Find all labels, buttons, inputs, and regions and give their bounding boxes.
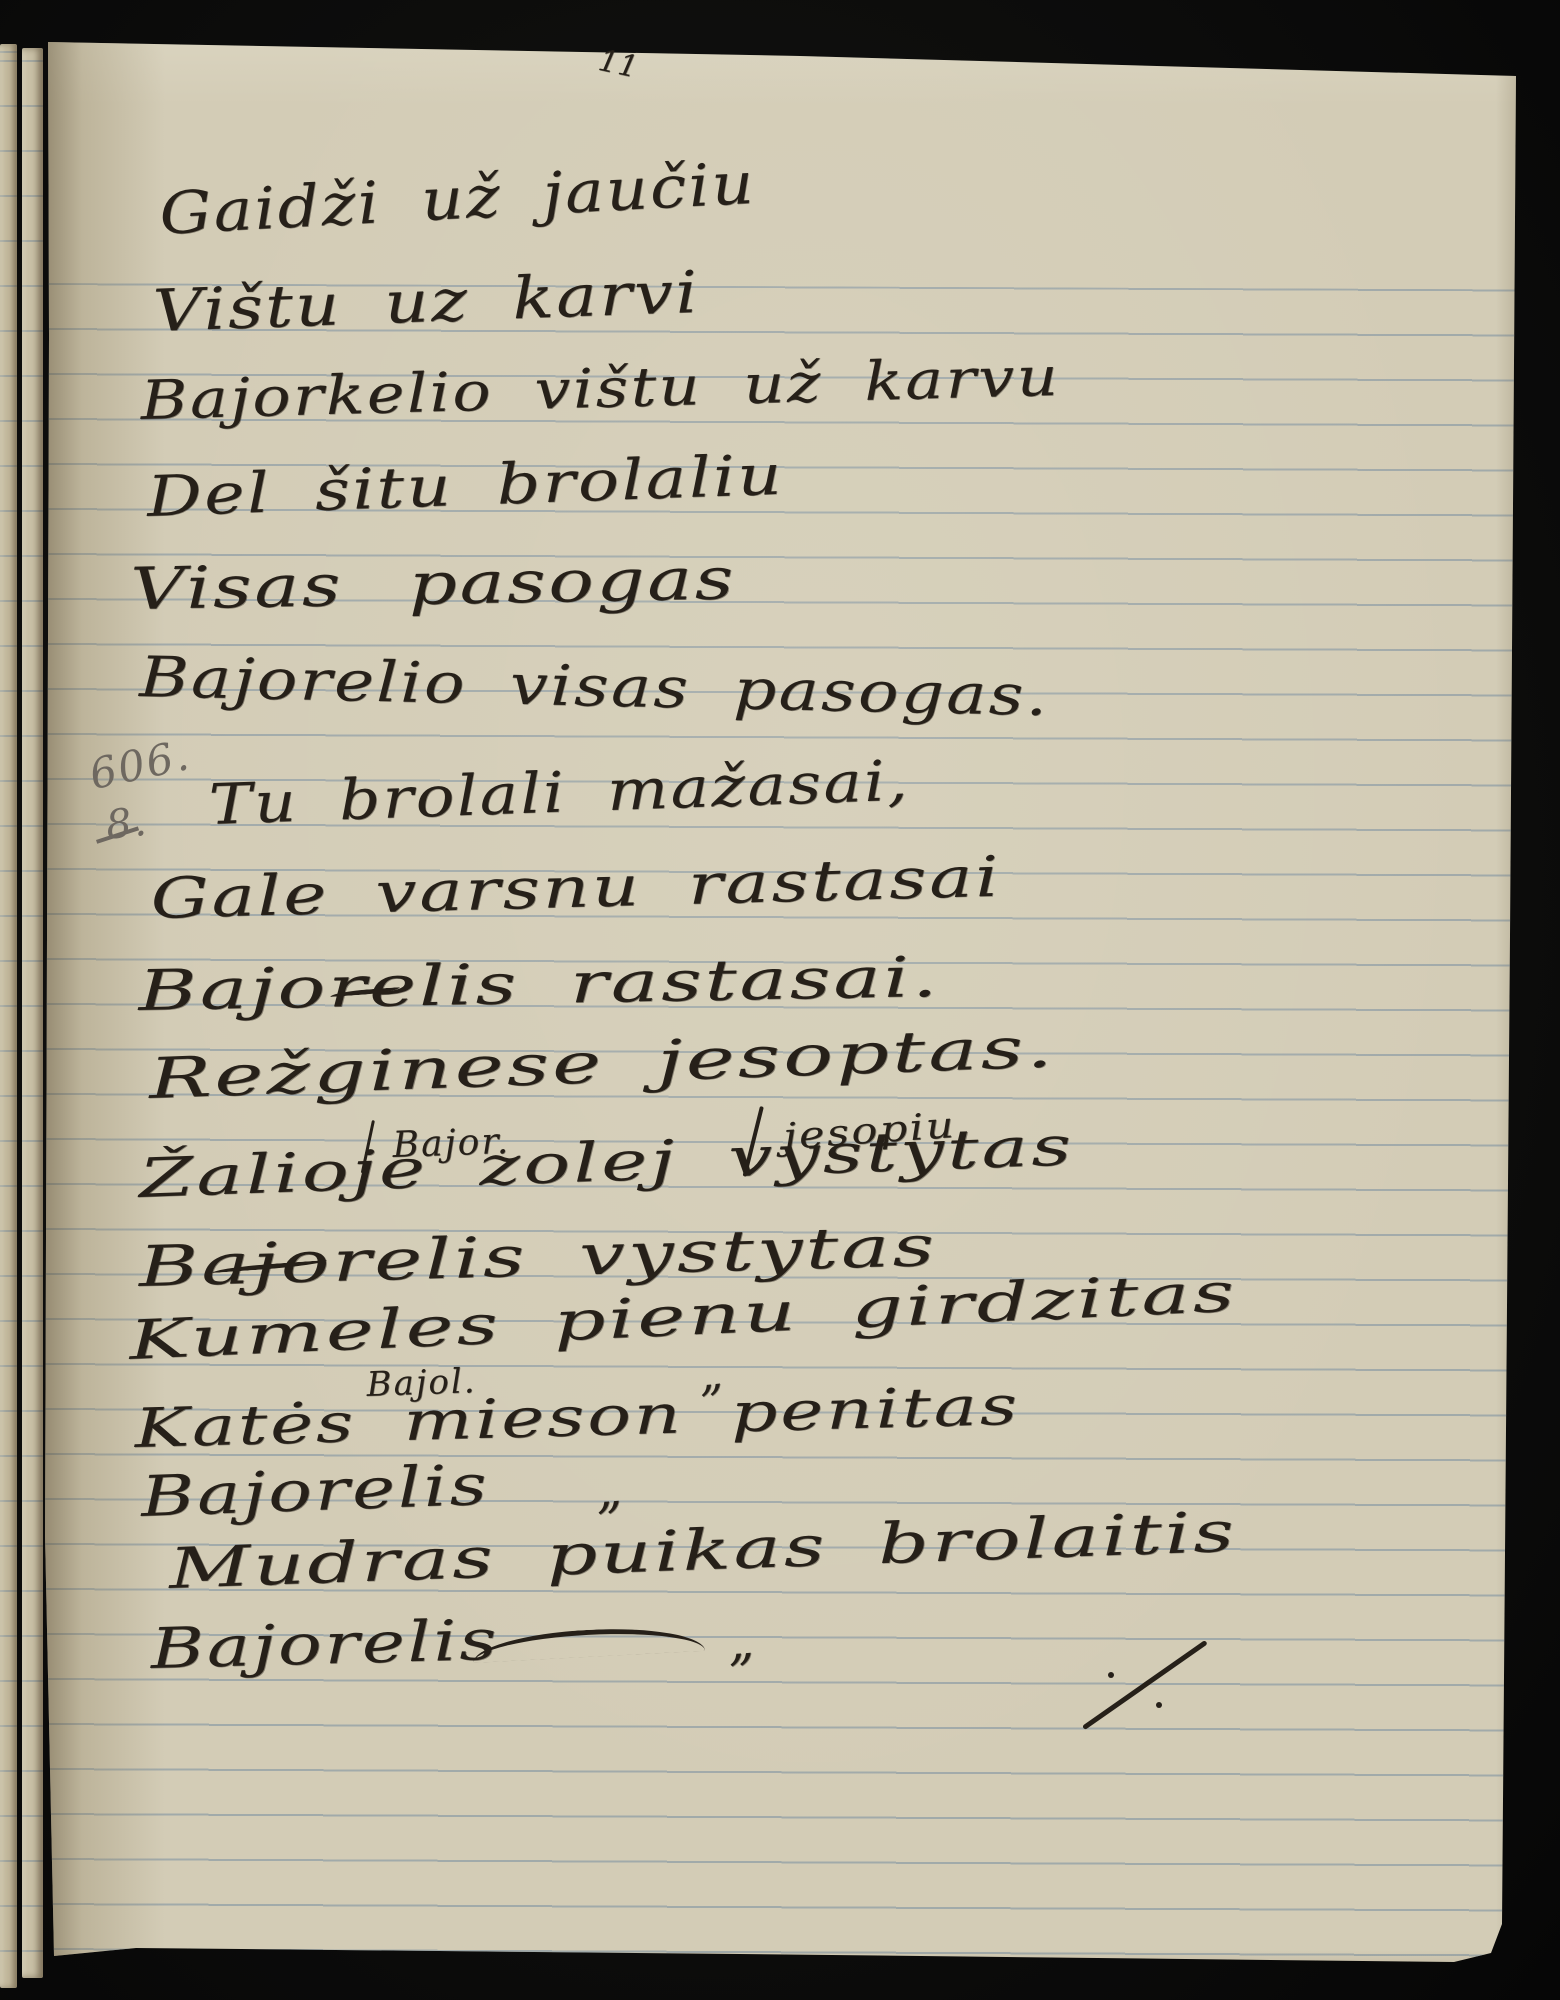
ditto-mark: „ <box>726 1616 757 1668</box>
verse-line: Bajorelis <box>140 1458 490 1526</box>
manuscript-scan: 11 Gaidži už jaučiu Vištu uz karvi Bajor… <box>0 0 1560 2000</box>
verse-line: Bajorelis rastasai. <box>138 950 940 1020</box>
verse-line: Visas pasogas <box>130 549 736 618</box>
ditto-mark: „ <box>594 1464 625 1516</box>
verse-line: Bajorelis <box>150 1613 500 1678</box>
verse-line: Vištu uz karvi <box>152 263 701 340</box>
page-edge-strip <box>22 48 43 1978</box>
ink-dot <box>1108 1672 1114 1678</box>
ink-dot <box>1156 1702 1162 1708</box>
page-number-mark: 11 <box>596 46 642 84</box>
page-edge-strip <box>0 44 17 1988</box>
